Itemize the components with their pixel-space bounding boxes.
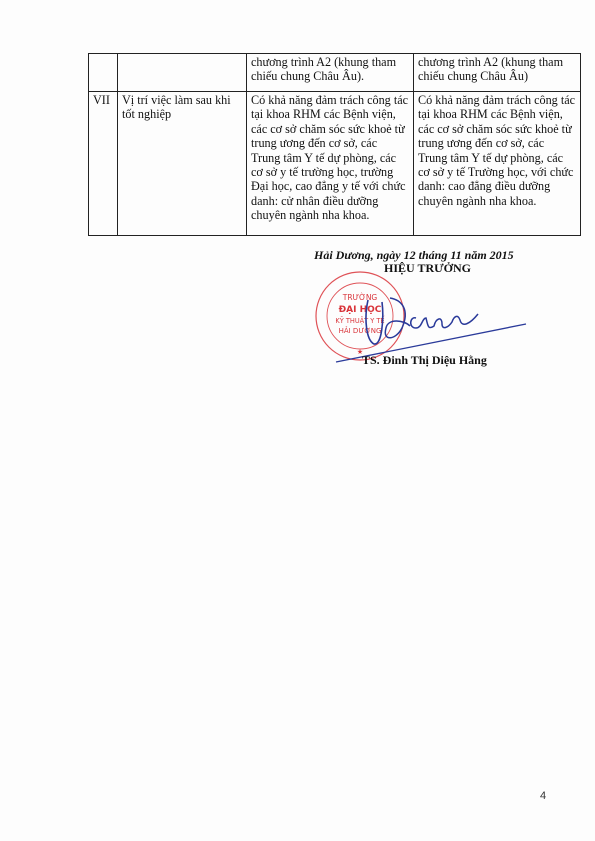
bachelor-program-cell: chương trình A2 (khung tham chiếu chung …: [247, 54, 414, 92]
page-number: 4: [540, 790, 546, 802]
criterion-cell: [118, 54, 247, 92]
college-program-cell: Có khả năng đảm trách công tác tại khoa …: [414, 92, 581, 236]
table-row: VII Vị trí việc làm sau khi tốt nghiệp C…: [89, 92, 581, 236]
program-comparison-table: chương trình A2 (khung tham chiếu chung …: [88, 53, 581, 236]
signer-name: TS. Đinh Thị Diệu Hằng: [362, 353, 487, 368]
table-row: chương trình A2 (khung tham chiếu chung …: [89, 54, 581, 92]
row-number-cell: VII: [89, 92, 118, 236]
criterion-cell: Vị trí việc làm sau khi tốt nghiệp: [118, 92, 247, 236]
row-number-cell: [89, 54, 118, 92]
signer-title: HIỆU TRƯỞNG: [384, 261, 471, 276]
college-program-cell: chương trình A2 (khung tham chiếu chung …: [414, 54, 581, 92]
bachelor-program-cell: Có khả năng đảm trách công tác tại khoa …: [247, 92, 414, 236]
